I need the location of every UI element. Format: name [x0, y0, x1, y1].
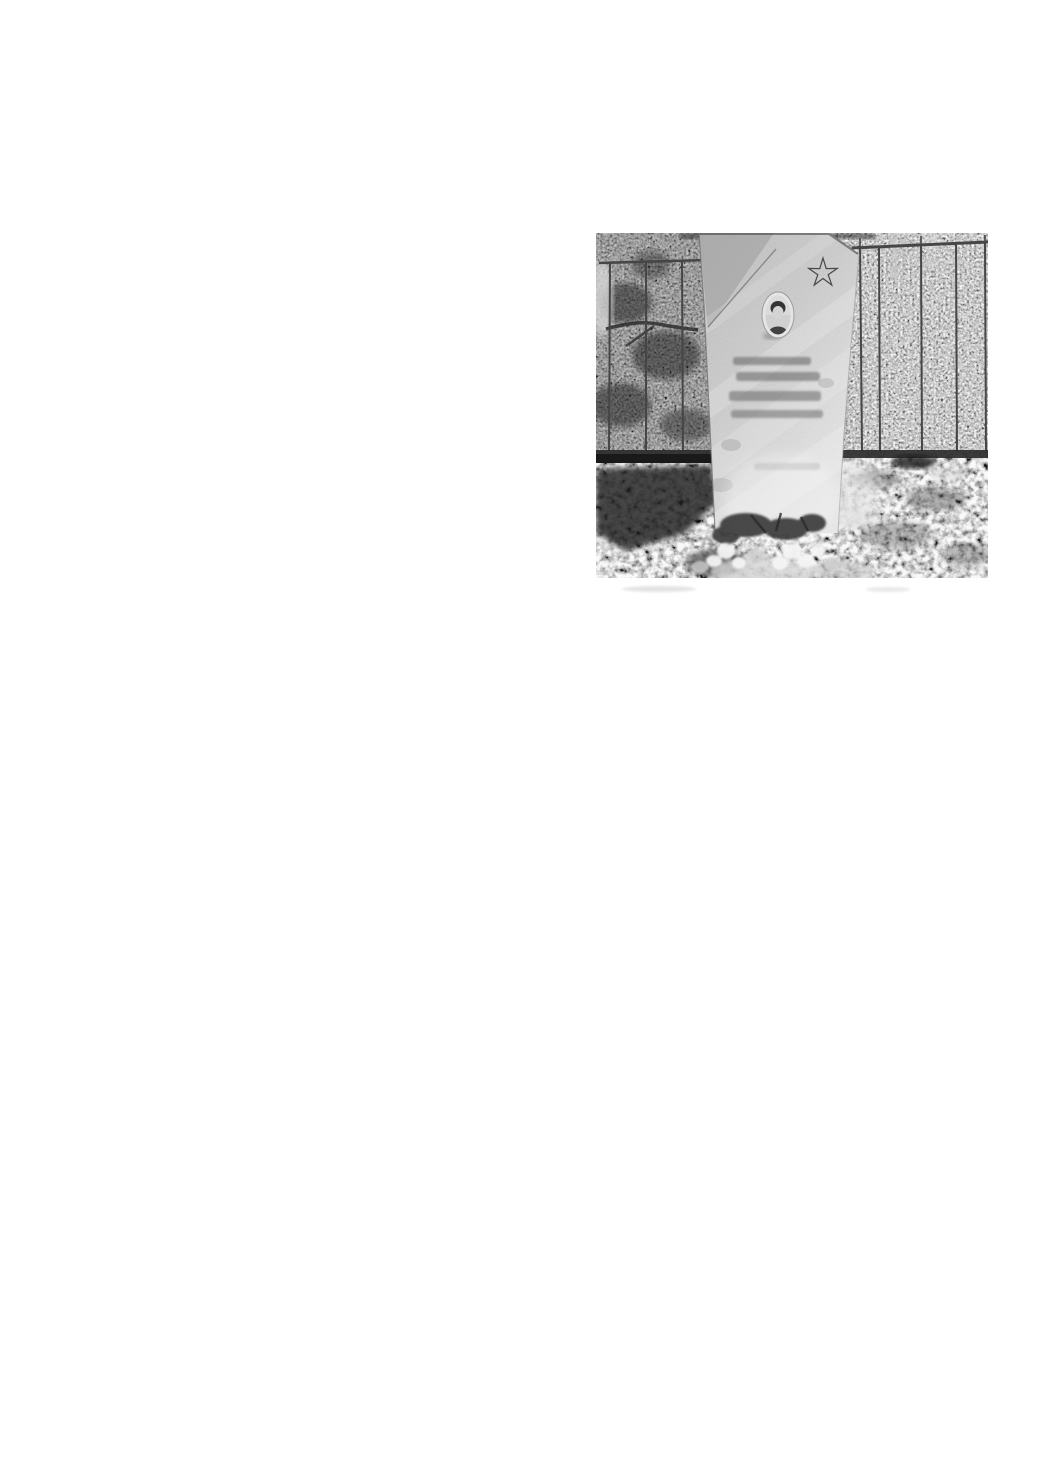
photo-canvas: [596, 233, 988, 578]
scan-smudge-left: [622, 586, 696, 592]
photograph: [596, 233, 988, 578]
scan-smudge-right: [866, 587, 910, 592]
scanned-page: [0, 0, 1040, 1471]
film-grain: [596, 233, 988, 578]
